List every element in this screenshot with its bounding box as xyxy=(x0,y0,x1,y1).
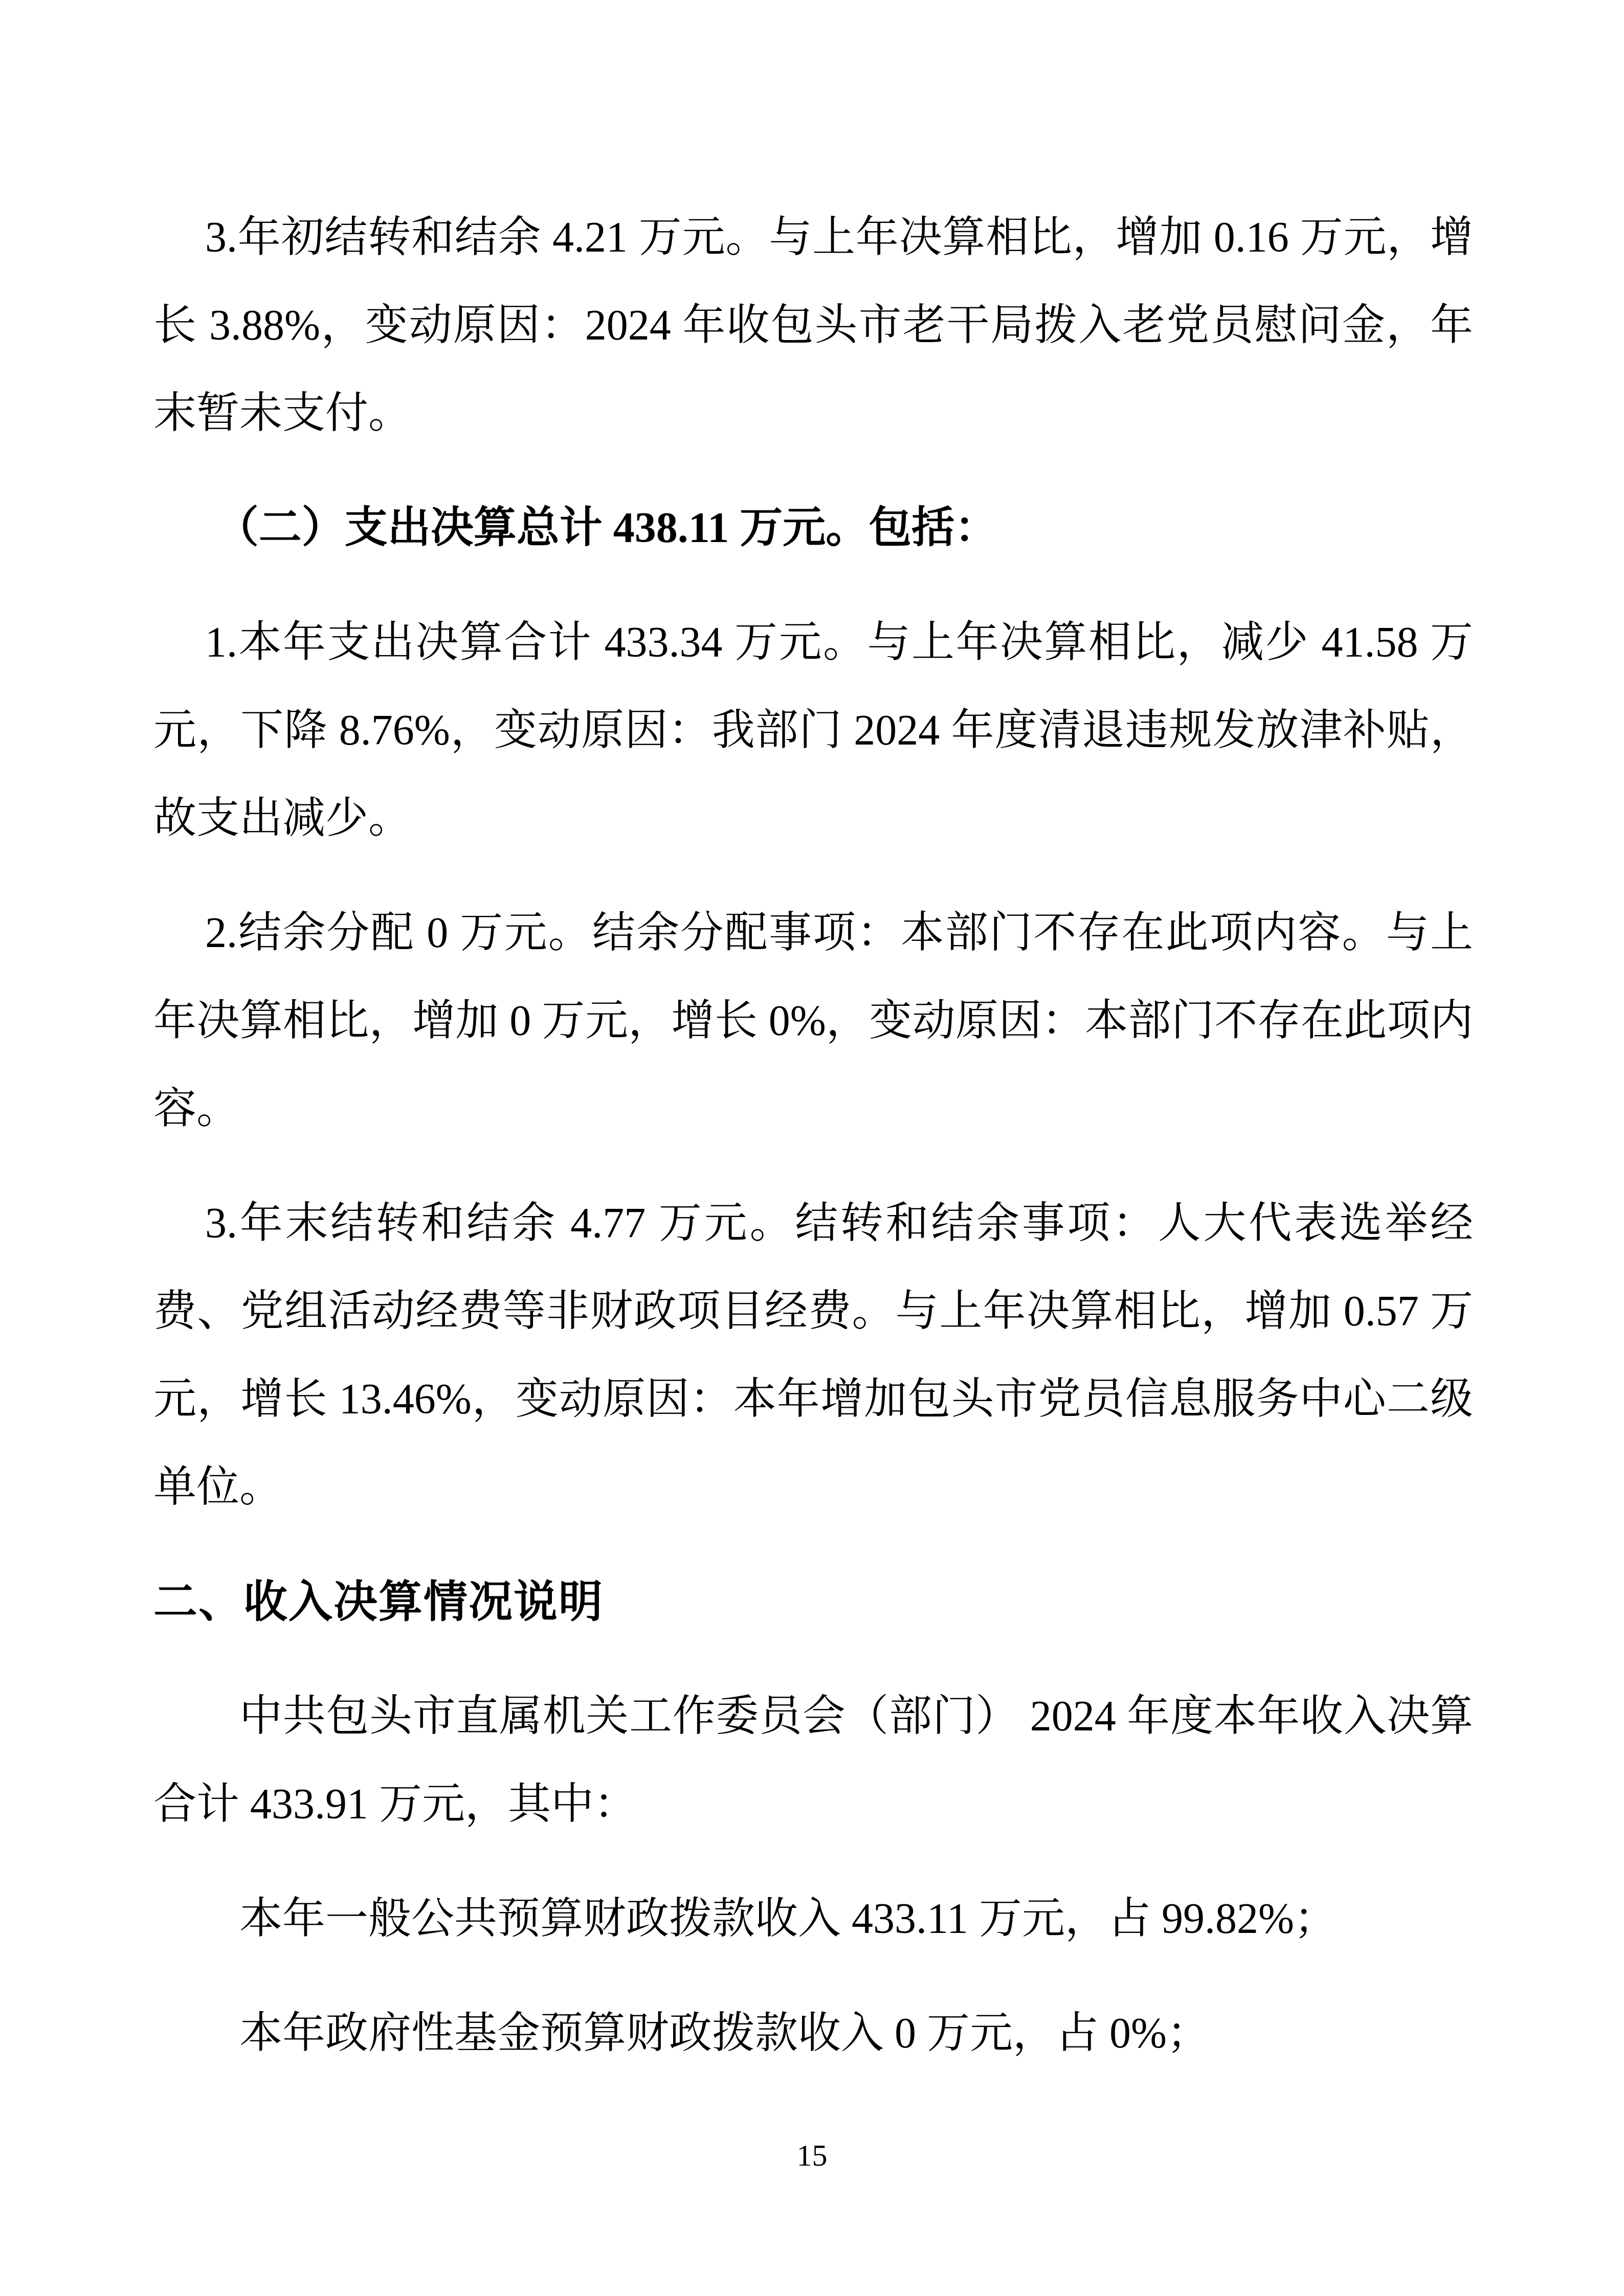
paragraph-yearend-carryover: 3.年末结转和结余 4.77 万元。结转和结余事项：人大代表选举经费、党组活动经… xyxy=(153,1180,1473,1532)
paragraph-carryover-beginning-of-year: 3.年初结转和结余 4.21 万元。与上年决算相比，增加 0.16 万元，增长 … xyxy=(153,194,1473,458)
paragraph-surplus-distribution: 2.结余分配 0 万元。结余分配事项：本部门不存在此项内容。与上年决算相比，增加… xyxy=(153,889,1473,1153)
heading-revenue-section: 二、收入决算情况说明 xyxy=(153,1558,1473,1646)
paragraph-annual-expenditure: 1.本年支出决算合计 433.34 万元。与上年决算相比，减少 41.58 万元… xyxy=(153,599,1473,863)
document-page: 3.年初结转和结余 4.21 万元。与上年决算相比，增加 0.16 万元，增长 … xyxy=(0,0,1624,2296)
paragraph-general-public-budget-revenue: 本年一般公共预算财政拨款收入 433.11 万元，占 99.82%； xyxy=(153,1875,1473,1963)
document-body: 3.年初结转和结余 4.21 万元。与上年决算相比，增加 0.16 万元，增长 … xyxy=(153,194,1473,2078)
page-number: 15 xyxy=(0,2137,1624,2173)
heading-expenditure-total: （二）支出决算总计 438.11 万元。包括： xyxy=(153,484,1473,572)
paragraph-revenue-total-intro: 中共包头市直属机关工作委员会（部门） 2024 年度本年收入决算合计 433.9… xyxy=(153,1673,1473,1849)
paragraph-government-fund-budget-revenue: 本年政府性基金预算财政拨款收入 0 万元，占 0%； xyxy=(153,1990,1473,2078)
